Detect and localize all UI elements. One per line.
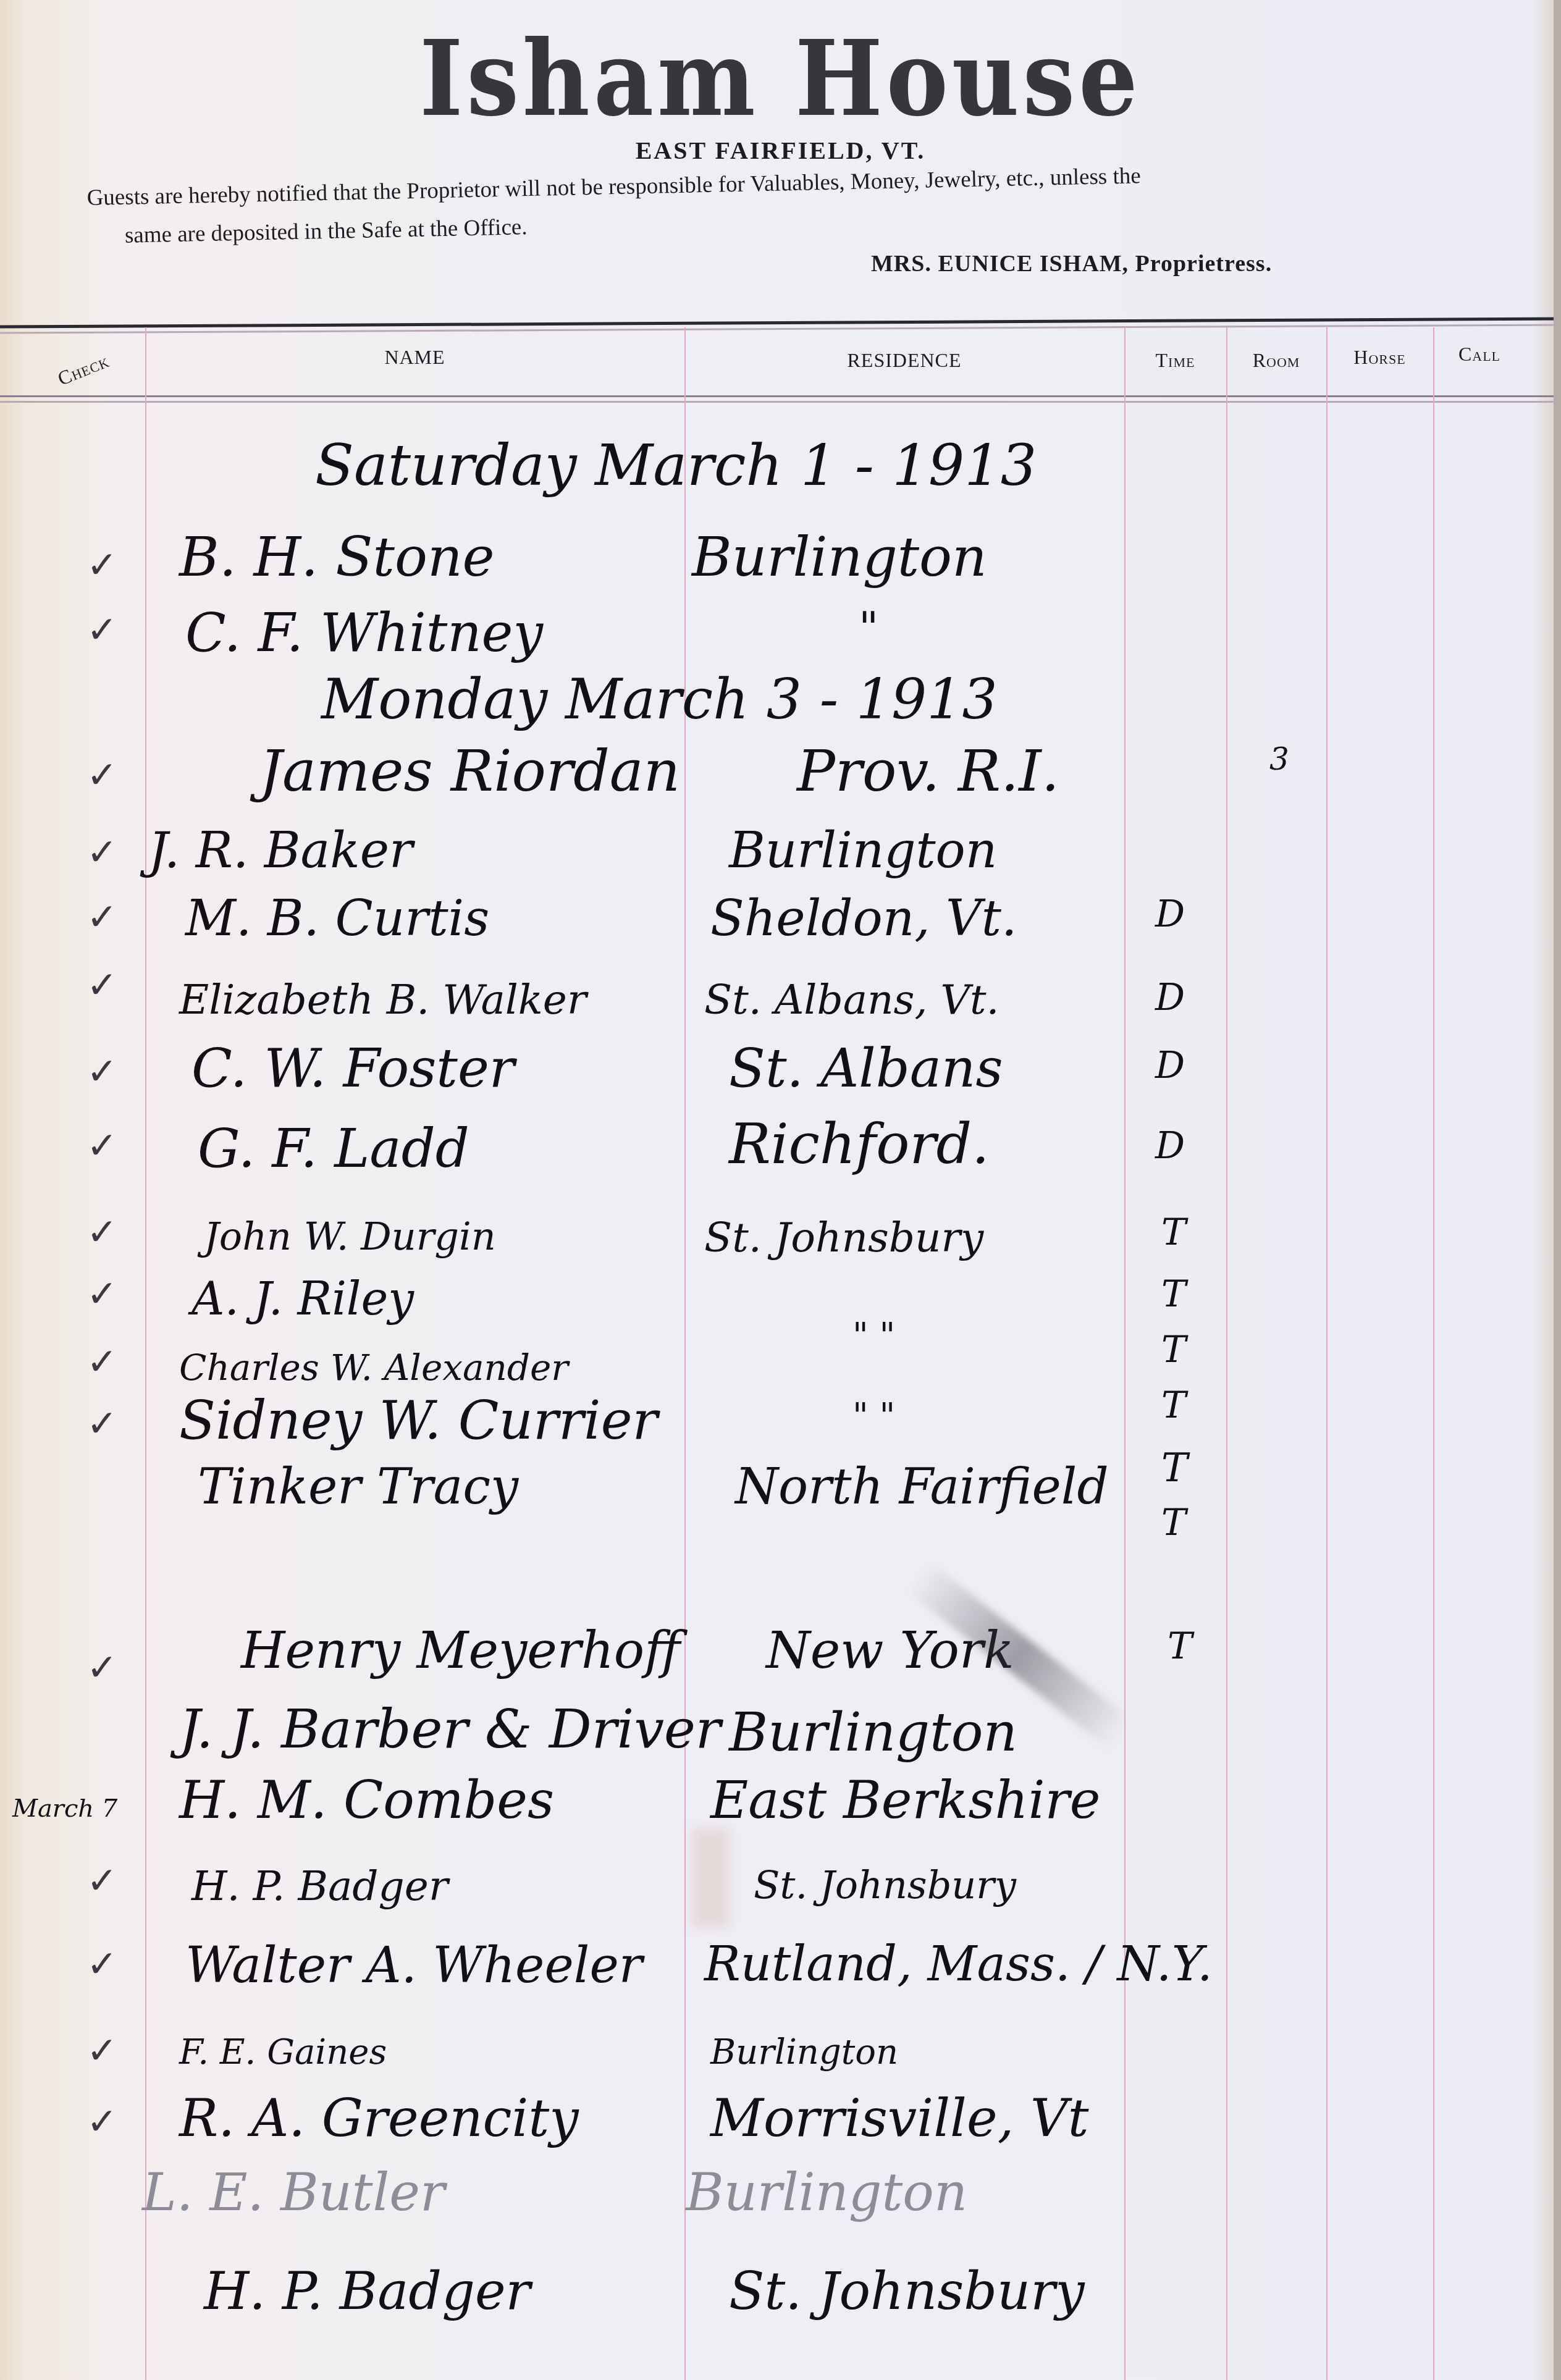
guest-residence: Burlington xyxy=(729,1702,1017,1764)
guest-name: A. J. Riley xyxy=(191,1272,414,1326)
guest-name: C. W. Foster xyxy=(191,1038,515,1100)
guest-residence: St. Johnsbury xyxy=(704,1214,983,1261)
column-header-name: NAME xyxy=(145,346,684,369)
guest-name: Tinker Tracy xyxy=(198,1458,518,1515)
guest-residence: " " xyxy=(852,1316,895,1356)
time-mark: D xyxy=(1155,1044,1185,1087)
time-mark: D xyxy=(1155,976,1185,1019)
guest-name: H. P. Badger xyxy=(204,2261,531,2321)
date-heading: Saturday March 1 - 1913 xyxy=(315,432,1037,498)
time-mark: T xyxy=(1161,1384,1186,1427)
check-mark: ✓ xyxy=(86,1124,117,1167)
guest-name: J. J. Barber & Driver xyxy=(179,1699,721,1760)
column-divider xyxy=(145,327,146,2380)
book-spine-edge xyxy=(1554,0,1561,2380)
guest-name: Charles W. Alexander xyxy=(179,1347,568,1389)
guest-residence: Richford. xyxy=(729,1112,990,1177)
guest-residence: St. Johnsbury xyxy=(729,2261,1085,2321)
time-mark: T xyxy=(1161,1211,1186,1254)
check-mark: ✓ xyxy=(86,1943,117,1986)
guest-residence: Sheldon, Vt. xyxy=(710,889,1017,947)
column-header-time: Time xyxy=(1124,349,1226,372)
column-divider xyxy=(684,327,686,2380)
check-mark: ✓ xyxy=(86,544,117,587)
column-header-horse: Horse xyxy=(1326,346,1433,369)
register-page: Isham House EAST FAIRFIELD, VT. Guests a… xyxy=(0,0,1561,2380)
guest-residence: Burlington xyxy=(729,822,997,879)
guest-name: Sidney W. Currier xyxy=(179,1390,658,1452)
guest-name: H. P. Badger xyxy=(191,1862,448,1910)
column-header-call: Call xyxy=(1433,343,1526,366)
guest-residence: St. Albans, Vt. xyxy=(704,976,999,1024)
check-mark: ✓ xyxy=(86,1272,117,1316)
guest-name: C. F. Whitney xyxy=(185,602,543,664)
room-number: 3 xyxy=(1269,741,1289,777)
check-mark: ✓ xyxy=(86,896,117,939)
guest-residence: Morrisville, Vt xyxy=(710,2088,1088,2148)
guest-notice: Guests are hereby notified that the Prop… xyxy=(86,151,1447,256)
column-header-room: Room xyxy=(1226,349,1326,372)
guest-residence-faded: Burlington xyxy=(686,2162,967,2222)
check-mark: ✓ xyxy=(86,2029,117,2072)
check-mark: ✓ xyxy=(86,1646,117,1689)
check-mark: ✓ xyxy=(86,831,117,874)
guest-name: Elizabeth B. Walker xyxy=(179,976,586,1024)
guest-name: James Riordan xyxy=(259,738,680,804)
column-divider xyxy=(1326,327,1327,2380)
column-header-residence: RESIDENCE xyxy=(684,349,1124,372)
guest-name: John W. Durgin xyxy=(204,1214,496,1259)
check-mark: ✓ xyxy=(86,608,117,652)
guest-name: Henry Meyerhoff xyxy=(241,1621,680,1680)
guest-residence: East Berkshire xyxy=(710,1770,1100,1830)
time-mark: T xyxy=(1161,1272,1186,1316)
time-mark: D xyxy=(1155,893,1185,936)
guest-residence: St. Johnsbury xyxy=(754,1862,1016,1907)
guest-residence: " xyxy=(859,602,878,653)
guest-residence: Burlington xyxy=(692,525,987,589)
check-mark: ✓ xyxy=(86,1340,117,1384)
time-mark: T xyxy=(1161,1445,1188,1491)
guest-name: Walter A. Wheeler xyxy=(185,1936,642,1994)
time-mark: T xyxy=(1161,1328,1186,1371)
time-mark: T xyxy=(1168,1625,1192,1668)
guest-residence: North Fairfield xyxy=(735,1458,1109,1515)
guest-name: H. M. Combes xyxy=(179,1770,554,1830)
guest-name: B. H. Stone xyxy=(179,525,495,589)
check-date-note: March 7 xyxy=(12,1794,117,1823)
check-mark: ✓ xyxy=(86,964,117,1007)
guest-residence: St. Albans xyxy=(729,1038,1003,1100)
guest-residence: " " xyxy=(852,1396,895,1436)
guest-residence: Rutland, Mass. / N.Y. xyxy=(704,1936,1213,1992)
check-mark: ✓ xyxy=(86,1859,117,1903)
check-mark: ✓ xyxy=(86,1402,117,1445)
guest-name: F. E. Gaines xyxy=(179,2032,387,2072)
check-mark: ✓ xyxy=(86,2100,117,2143)
time-mark: D xyxy=(1155,1124,1185,1167)
guest-name: J. R. Baker xyxy=(148,822,413,879)
proprietress: MRS. EUNICE ISHAM, Proprietress. xyxy=(871,250,1272,277)
check-mark: ✓ xyxy=(86,1211,117,1254)
check-mark: ✓ xyxy=(86,754,117,797)
guest-residence: Burlington xyxy=(710,2032,898,2072)
column-header-check: Check xyxy=(36,342,131,397)
column-divider xyxy=(1226,327,1227,2380)
guest-name: R. A. Greencity xyxy=(179,2088,579,2148)
paper-stain xyxy=(692,1828,729,1927)
column-divider xyxy=(1124,327,1126,2380)
guest-name: M. B. Curtis xyxy=(185,889,489,947)
time-mark: T xyxy=(1161,1501,1186,1544)
date-heading: Monday March 3 - 1913 xyxy=(321,667,998,732)
column-divider xyxy=(1433,327,1434,2380)
page-title: Isham House xyxy=(0,18,1561,140)
guest-residence: Prov. R.I. xyxy=(797,738,1059,804)
check-mark: ✓ xyxy=(86,1050,117,1093)
guest-name: G. F. Ladd xyxy=(198,1118,469,1180)
guest-name-faded: L. E. Butler xyxy=(142,2162,445,2222)
